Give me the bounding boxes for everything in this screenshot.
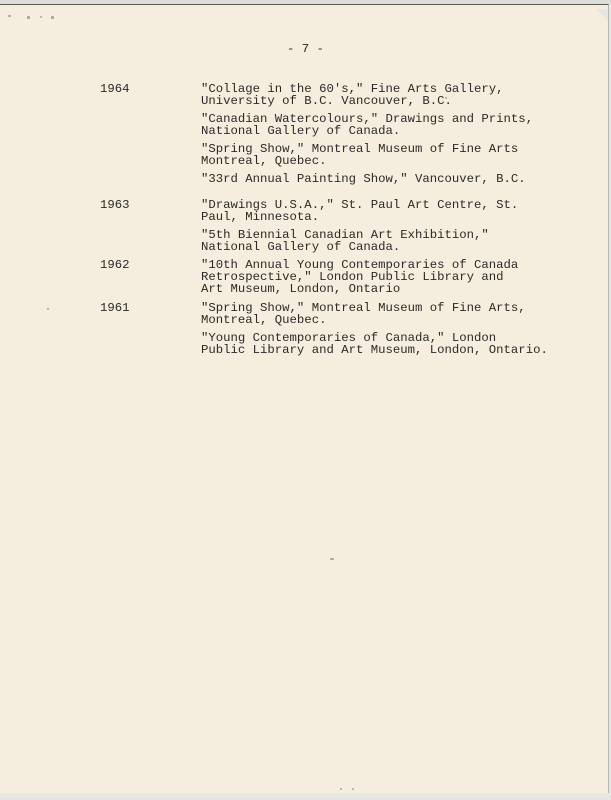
- page-corner-fold: [596, 9, 608, 21]
- speck-mark: [47, 308, 49, 310]
- speck-mark: [51, 16, 54, 19]
- exhibition-entry: "Young Contemporaries of Canada," London…: [201, 332, 548, 356]
- speck-mark: [8, 15, 11, 17]
- speck-mark: [340, 788, 342, 790]
- entry-line: Montreal, Quebec.: [201, 313, 326, 327]
- exhibition-entry: "Collage in the 60's," Fine Arts Gallery…: [201, 83, 504, 107]
- entry-line: "33rd Annual Painting Show," Vancouver, …: [201, 172, 526, 186]
- entry-line: Montreal, Quebec.: [201, 154, 326, 168]
- page-number: - 7 -: [287, 43, 324, 55]
- entry-line: National Gallery of Canada.: [201, 240, 400, 254]
- speck-mark: [330, 558, 334, 560]
- exhibition-entry: "5th Biennial Canadian Art Exhibition," …: [201, 229, 489, 253]
- entry-line: National Gallery of Canada.: [201, 124, 400, 138]
- exhibition-entry: "33rd Annual Painting Show," Vancouver, …: [201, 173, 526, 185]
- exhibition-entry: "Spring Show," Montreal Museum of Fine A…: [201, 143, 518, 167]
- entry-line: Paul, Minnesota.: [201, 210, 319, 224]
- exhibition-year: 1961: [100, 302, 130, 314]
- speck-mark: [352, 788, 354, 790]
- speck-mark: [40, 16, 42, 18]
- exhibition-entry: "10th Annual Young Contemporaries of Can…: [201, 259, 518, 295]
- entry-line: University of B.C. Vancouver, B.C.: [201, 94, 452, 108]
- document-page: - 7 - 1964 "Collage in the 60's," Fine A…: [0, 4, 609, 793]
- exhibition-year: 1963: [100, 199, 130, 211]
- exhibition-year: 1962: [100, 259, 130, 271]
- exhibition-entry: "Canadian Watercolours," Drawings and Pr…: [201, 113, 533, 137]
- exhibition-year: 1964: [100, 83, 130, 95]
- entry-line: Public Library and Art Museum, London, O…: [201, 343, 548, 357]
- exhibition-entry: "Drawings U.S.A.," St. Paul Art Centre, …: [201, 199, 518, 223]
- exhibition-entry: "Spring Show," Montreal Museum of Fine A…: [201, 302, 526, 326]
- entry-line: Art Museum, London, Ontario: [201, 282, 400, 296]
- speck-mark: [27, 16, 30, 19]
